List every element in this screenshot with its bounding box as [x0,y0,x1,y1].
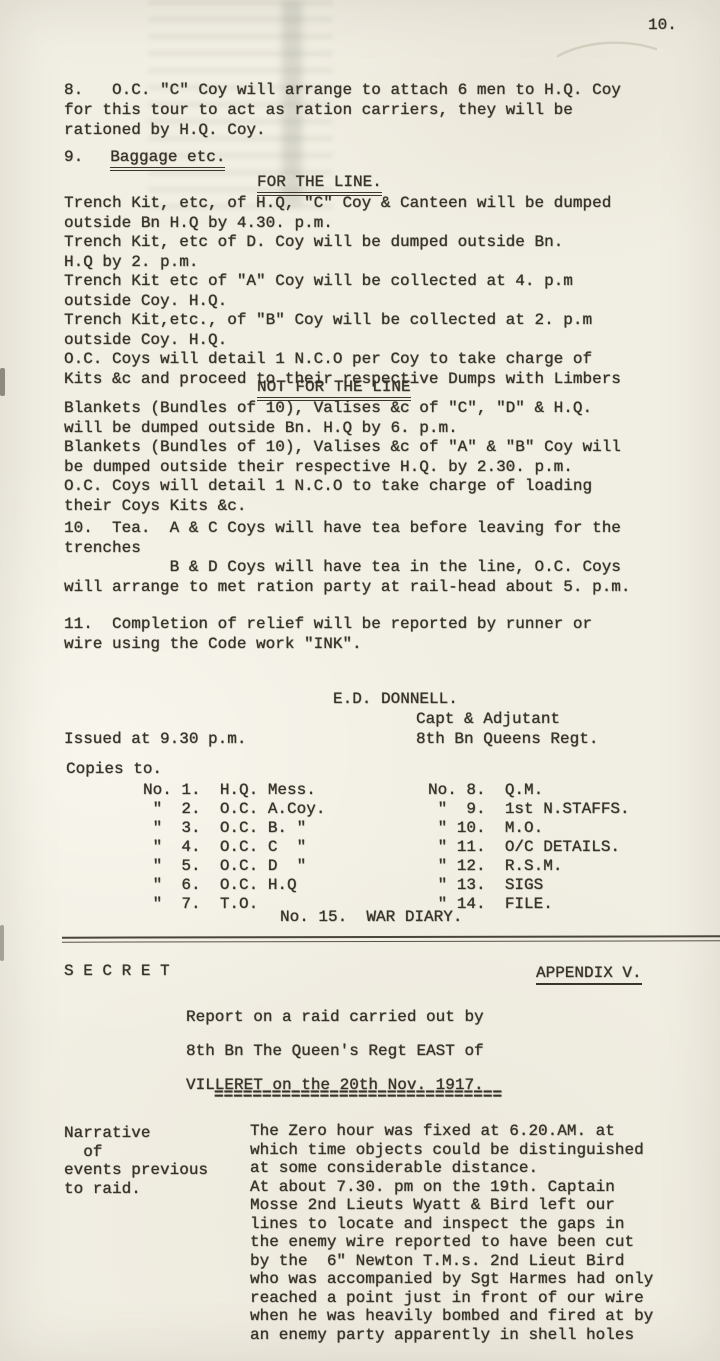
title-underline: ============================== [214,1086,502,1106]
copies-list-left: No. 1. H.Q. Mess. " 2. O.C. A.Coy. " 3. … [143,781,325,914]
scan-edge-mark [0,368,5,396]
issued-line: Issued at 9.30 p.m. [64,730,246,750]
page-number: 10. [648,16,677,36]
order-item-8: 8. O.C. "C" Coy will arrange to attach 6… [64,80,621,140]
scan-edge-mark [0,925,4,961]
secret-classification: S E C R E T [64,962,170,982]
baggage-heading: 9.Baggage etc. [64,148,225,168]
appendix-label: APPENDIX V. [536,964,642,984]
scanned-document-page: 10. 8. O.C. "C" Coy will arrange to atta… [0,0,720,1361]
not-for-the-line-heading: NOT FOR THE LINE [257,378,411,398]
for-the-line-paragraph: Trench Kit, etc, of H.Q, "C" Coy & Cante… [64,194,621,389]
for-the-line-heading: FOR THE LINE. [257,173,382,193]
copies-item-15: No. 15. WAR DIARY. [280,908,462,928]
pencil-mark [556,36,660,62]
copies-list-right: No. 8. Q.M. " 9. 1st N.STAFFS. " 10. M.O… [428,781,630,914]
not-for-the-line-paragraph: Blankets (Bundles of 10), Valises &c of … [64,399,621,516]
baggage-heading-title: Baggage etc. [110,148,225,171]
copies-heading: Copies to. [66,760,162,780]
signature-unit: 8th Bn Queens Regt. [416,730,598,750]
narrative-sidenote: Narrative of events previous to raid. [64,1124,208,1198]
signature-rank: Capt & Adjutant [416,710,560,730]
order-item-11: 11. Completion of relief will be reporte… [64,614,592,654]
order-item-10: 10. Tea. A & C Coys will have tea before… [64,519,631,597]
section-divider [62,935,720,942]
signature-name: E.D. DONNELL. [333,690,458,710]
baggage-heading-number: 9. [64,148,83,166]
narrative-paragraph: The Zero hour was fixed at 6.20.AM. at w… [250,1122,653,1344]
